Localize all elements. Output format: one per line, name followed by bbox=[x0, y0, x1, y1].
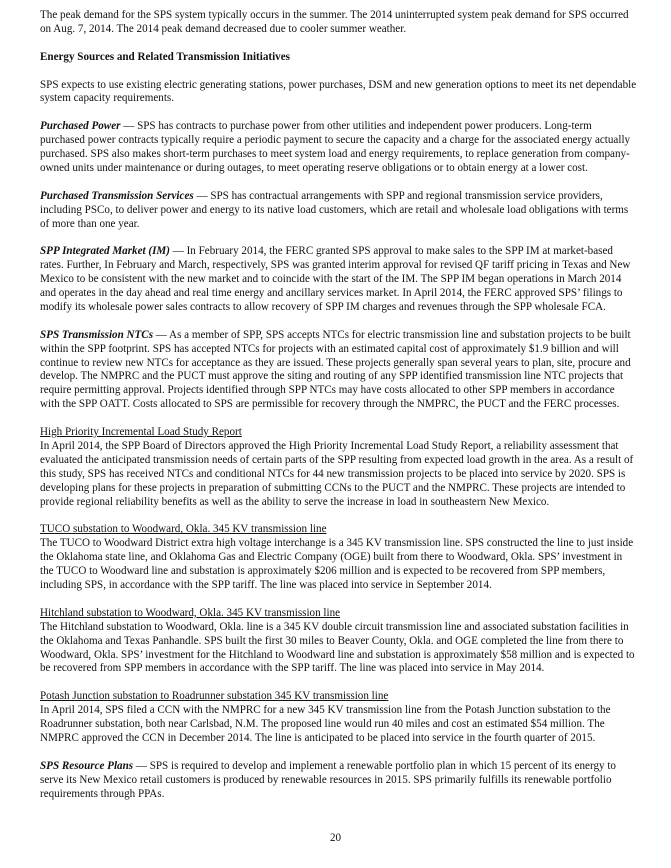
paragraph-hitchland: Hitchland substation to Woodward, Okla. … bbox=[40, 607, 640, 677]
text-line: require permitting approval. Projects id… bbox=[40, 384, 640, 398]
text-line: — SPS is required to develop and impleme… bbox=[133, 760, 616, 772]
text-line: and operates in the day ahead and real t… bbox=[40, 287, 640, 301]
text-line: requirements through PPAs. bbox=[40, 788, 640, 802]
text-line: NMPRC approved the CCN in December 2014.… bbox=[40, 732, 640, 746]
text-line: The Hitchland substation to Woodward, Ok… bbox=[40, 621, 640, 635]
paragraph-tuco: TUCO substation to Woodward, Okla. 345 K… bbox=[40, 523, 640, 593]
text-line: — In February 2014, the FERC granted SPS… bbox=[170, 245, 613, 257]
text-line: Mexico to be consistent with the new mar… bbox=[40, 273, 640, 287]
text-line: developing plans for these projects in p… bbox=[40, 482, 640, 496]
paragraph-sps-ntcs: SPS Transmission NTCs — As a member of S… bbox=[40, 329, 640, 412]
text-line: of more than one year. bbox=[40, 218, 640, 232]
run-in-heading: Purchased Transmission Services bbox=[40, 190, 194, 202]
text-line: including PSCo, to deliver power and ene… bbox=[40, 204, 640, 218]
run-in-heading: SPS Resource Plans bbox=[40, 760, 133, 772]
run-in-heading: Purchased Power bbox=[40, 120, 120, 132]
paragraph-spp-im: SPP Integrated Market (IM) — In February… bbox=[40, 245, 640, 315]
text-line: evaluated the anticipated transmission n… bbox=[40, 454, 640, 468]
text-line: be recovered from SPP members in accorda… bbox=[40, 662, 640, 676]
subsection-heading: Hitchland substation to Woodward, Okla. … bbox=[40, 607, 640, 621]
section-heading: Energy Sources and Related Transmission … bbox=[40, 51, 640, 65]
text-line: The peak demand for the SPS system typic… bbox=[40, 9, 640, 23]
subsection-heading: High Priority Incremental Load Study Rep… bbox=[40, 426, 640, 440]
paragraph-high-priority: High Priority Incremental Load Study Rep… bbox=[40, 426, 640, 509]
page-number: 20 bbox=[0, 832, 671, 844]
text-line: continue to review new NTCs for acceptan… bbox=[40, 357, 640, 371]
text-line: SPS expects to use existing electric gen… bbox=[40, 79, 640, 93]
paragraph-purchased-power: Purchased Power — SPS has contracts to p… bbox=[40, 120, 640, 176]
subsection-heading: TUCO substation to Woodward, Okla. 345 K… bbox=[40, 523, 640, 537]
text-line: on Aug. 7, 2014. The 2014 peak demand de… bbox=[40, 23, 640, 37]
text-line: owned units under maintenance or during … bbox=[40, 162, 640, 176]
text-line: develop. The NMPRC and the PUCT must app… bbox=[40, 370, 640, 384]
text-line: the Oklahoma and Texas Panhandle. SPS bu… bbox=[40, 635, 640, 649]
text-line: including SPS, in accordance with the SP… bbox=[40, 579, 640, 593]
text-line: system capacity requirements. bbox=[40, 92, 640, 106]
text-line: — As a member of SPP, SPS accepts NTCs f… bbox=[153, 329, 631, 341]
text-line: provide regional reliability benefits as… bbox=[40, 496, 640, 510]
text-line: — SPS has contractual arrangements with … bbox=[194, 190, 603, 202]
paragraph-peak-demand: The peak demand for the SPS system typic… bbox=[40, 9, 640, 37]
text-line: Woodward, Okla. SPS’ investment for the … bbox=[40, 649, 640, 663]
text-line: this study, SPS has received NTCs and co… bbox=[40, 468, 640, 482]
paragraph-intro: SPS expects to use existing electric gen… bbox=[40, 79, 640, 107]
text-line: serve its New Mexico retail customers is… bbox=[40, 774, 640, 788]
run-in-heading: SPP Integrated Market (IM) bbox=[40, 245, 170, 257]
subsection-heading: Potash Junction substation to Roadrunner… bbox=[40, 690, 640, 704]
text-line: purchased power contracts typically requ… bbox=[40, 134, 640, 148]
text-line: within the SPP footprint. SPS has accept… bbox=[40, 343, 640, 357]
text-line: the TUCO to Woodward line and substation… bbox=[40, 565, 640, 579]
paragraph-purchased-transmission: Purchased Transmission Services — SPS ha… bbox=[40, 190, 640, 232]
paragraph-resource-plans: SPS Resource Plans — SPS is required to … bbox=[40, 760, 640, 802]
text-line: rates. Further, In February and March, r… bbox=[40, 259, 640, 273]
text-line: purchased. SPS also makes short-term pur… bbox=[40, 148, 640, 162]
text-line: modify its wholesale power sales contrac… bbox=[40, 301, 640, 315]
text-line: Roadrunner substation, both near Carlsba… bbox=[40, 718, 640, 732]
text-line: In April 2014, SPS filed a CCN with the … bbox=[40, 704, 640, 718]
text-line: In April 2014, the SPP Board of Director… bbox=[40, 440, 640, 454]
document-page: The peak demand for the SPS system typic… bbox=[40, 9, 640, 815]
text-line: — SPS has contracts to purchase power fr… bbox=[120, 120, 591, 132]
text-line: The TUCO to Woodward District extra high… bbox=[40, 537, 640, 551]
run-in-heading: SPS Transmission NTCs bbox=[40, 329, 153, 341]
paragraph-potash: Potash Junction substation to Roadrunner… bbox=[40, 690, 640, 746]
text-line: with the SPP OATT. Costs allocated to SP… bbox=[40, 398, 640, 412]
text-line: the Oklahoma state line, and Oklahoma Ga… bbox=[40, 551, 640, 565]
